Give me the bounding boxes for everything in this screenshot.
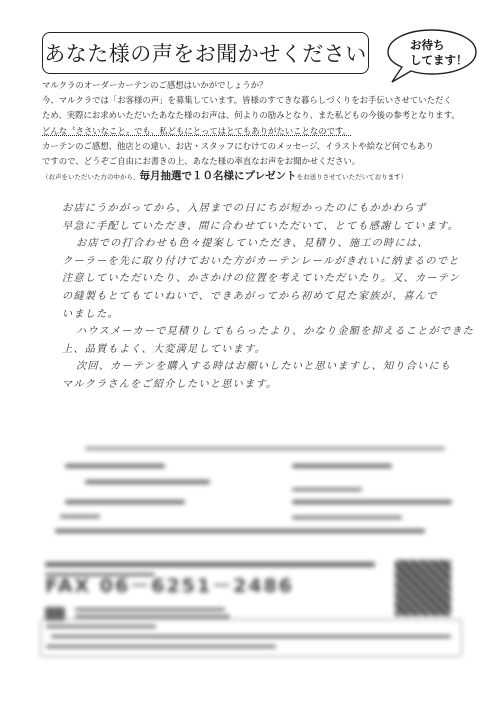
- page-title: あなた様の声をお聞かせください: [44, 38, 367, 68]
- comment-line: お店にうかがってから、入居までの日にちが短かったのにもかかわらず: [62, 200, 482, 218]
- comment-line: いました。: [62, 306, 482, 324]
- note-prefix: （お声をいただいた方の中から、: [42, 173, 140, 181]
- fax-value: 06－6251－2486: [100, 575, 294, 597]
- intro-line: 今、マルクラでは「お客様の声」を募集しています。皆様のすてきな暮らしづくりをお手…: [42, 93, 472, 108]
- bubble-line-2: してます！: [410, 53, 468, 68]
- comment-line: 注意していただいたり、かさかけの位置を考えていただいたり。又、カーテン: [62, 270, 482, 288]
- feedback-form-page: あなた様の声をお聞かせください お待ち してます！ マルクラのオーダーカーテンの…: [0, 0, 500, 707]
- note-highlight: 毎月抽選で１０名様にプレゼント: [140, 170, 297, 182]
- intro-text: マルクラのオーダーカーテンのご感想はいかがでしょうか？ 今、マルクラでは「お客様…: [42, 78, 472, 185]
- intro-line: ですので、どうぞご自由にお書きの上、あなた様の率直なお声をお聞かせください。: [42, 154, 472, 169]
- intro-line: マルクラのオーダーカーテンのご感想はいかがでしょうか？: [42, 78, 472, 93]
- comment-line: 上、品質もよく、大変満足しています。: [62, 341, 482, 359]
- fax-label: FAX: [45, 575, 91, 597]
- speech-bubble: お待ち してます！: [384, 27, 476, 77]
- comment-line: の縫製もとてもていねいで、できあがってから初めて見た家族が、喜んで: [62, 288, 482, 306]
- comment-line: クーラーを先に取り付けておいた方がカーテンレールがきれいに納まるのでと: [62, 253, 482, 271]
- bubble-text: お待ち してます！: [410, 38, 468, 68]
- qr-code-icon: [395, 560, 451, 616]
- intro-line: ため、実際にお求めいただいたあなた様のお声は、何よりの励みとなり、また私どもの今…: [42, 108, 472, 123]
- fax-number: FAX 06－6251－2486: [45, 571, 294, 598]
- blurred-notice-box: [40, 619, 462, 657]
- comment-line: マルクラさんをご紹介したいと思います。: [62, 376, 482, 394]
- handwritten-comment: お店にうかがってから、入居までの日にちが短かったのにもかかわらず 早急に手配して…: [62, 200, 482, 394]
- blurred-customer-info: FAX 06－6251－2486: [40, 440, 460, 650]
- intro-line: カーテンのご感想、他店との違い、お店・スタッフにむけてのメッセージ、イラストや絵…: [42, 139, 472, 154]
- note-suffix: をお送りさせていただいております）: [297, 173, 408, 181]
- comment-line: お店での打合わせも色々提案していただき、見積り、施工の時には、: [62, 235, 482, 253]
- bubble-line-1: お待ち: [410, 38, 468, 53]
- present-note: （お声をいただいた方の中から、毎月抽選で１０名様にプレゼントをお送りさせていただ…: [42, 169, 472, 185]
- comment-line: ハウスメーカーで見積りしてもらったより、かなり金額を抑えることができた: [62, 323, 482, 341]
- comment-line: 次回、カーテンを購入する時はお願いしたいと思いますし、知り合いにも: [62, 358, 482, 376]
- intro-line-underlined: どんな〝ささいなこと〟でも、私どもにとってはとてもありがたいことなのです。: [42, 124, 472, 139]
- comment-line: 早急に手配していただき、間に合わせていただいて、とても感謝しています。: [62, 218, 482, 236]
- title-box: あなた様の声をお聞かせください: [42, 32, 369, 74]
